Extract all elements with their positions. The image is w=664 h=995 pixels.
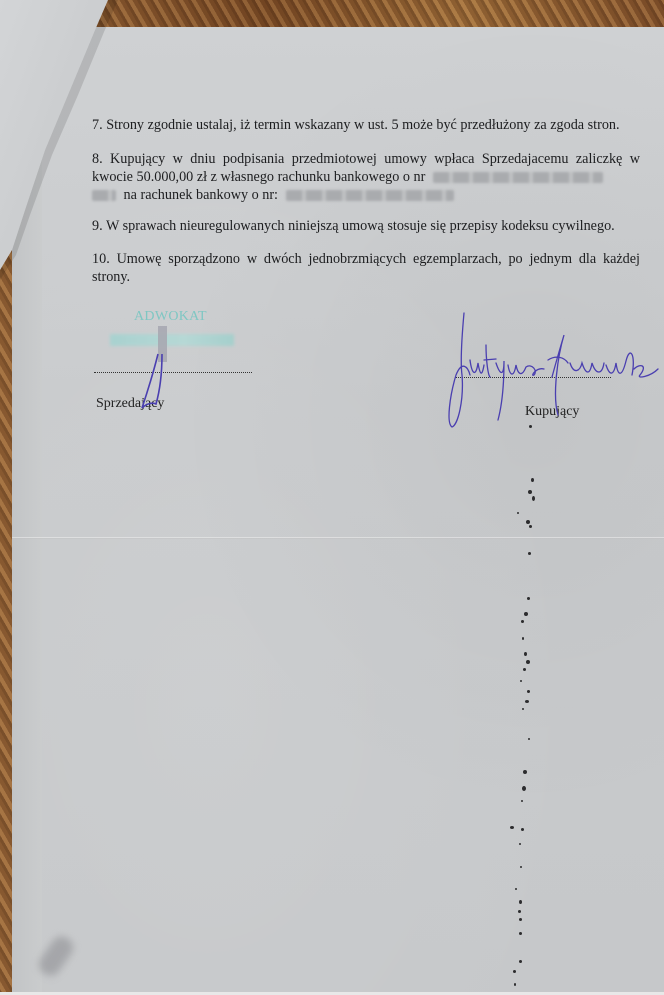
clause-10: 10. Umowę sporządzono w dwóch jednobrzmi… (92, 250, 640, 286)
clause-text-line-1: Kupujący w dniu podpisania przedmiotowej… (110, 151, 640, 167)
lawyer-stamp-name-redacted (110, 334, 234, 346)
redacted-account-from (433, 172, 603, 183)
clause-number: 8. (92, 151, 103, 167)
paper-fold-line (12, 537, 664, 539)
clause-8: 8. Kupujący w dniu podpisania przedmioto… (92, 150, 640, 204)
redacted-account-to (286, 190, 454, 201)
clause-number: 9. (92, 218, 103, 234)
clause-text-line-2: kwocie 50.000,00 zł z własnego rachunku … (92, 169, 425, 185)
lawyer-stamp-title: ADWOKAT (134, 309, 207, 325)
clause-text-line-2: strony. (92, 268, 640, 286)
stamp-redaction-bar (158, 326, 167, 362)
clause-text-line-3: na rachunek bankowy o nr: (124, 187, 278, 203)
redacted-account-from-end (92, 190, 116, 201)
clause-7: 7. Strony zgodnie ustalaj, iż termin wsk… (92, 116, 640, 134)
clause-text-line-1: Umowę sporządzono w dwóch jednobrzmiącyc… (117, 251, 640, 267)
clause-number: 7. (92, 117, 103, 133)
buyer-signature-line (455, 377, 611, 378)
seller-label: Sprzedający (96, 396, 164, 412)
buyer-label: Kupujący (525, 404, 579, 420)
clause-number: 10. (92, 251, 110, 267)
clause-text: W sprawach nieuregulowanych niniejszą um… (106, 218, 615, 234)
seller-signature-line (94, 372, 252, 373)
clause-text: Strony zgodnie ustalaj, iż termin wskaza… (106, 117, 619, 133)
clause-9: 9. W sprawach nieuregulowanych niniejszą… (92, 217, 640, 235)
